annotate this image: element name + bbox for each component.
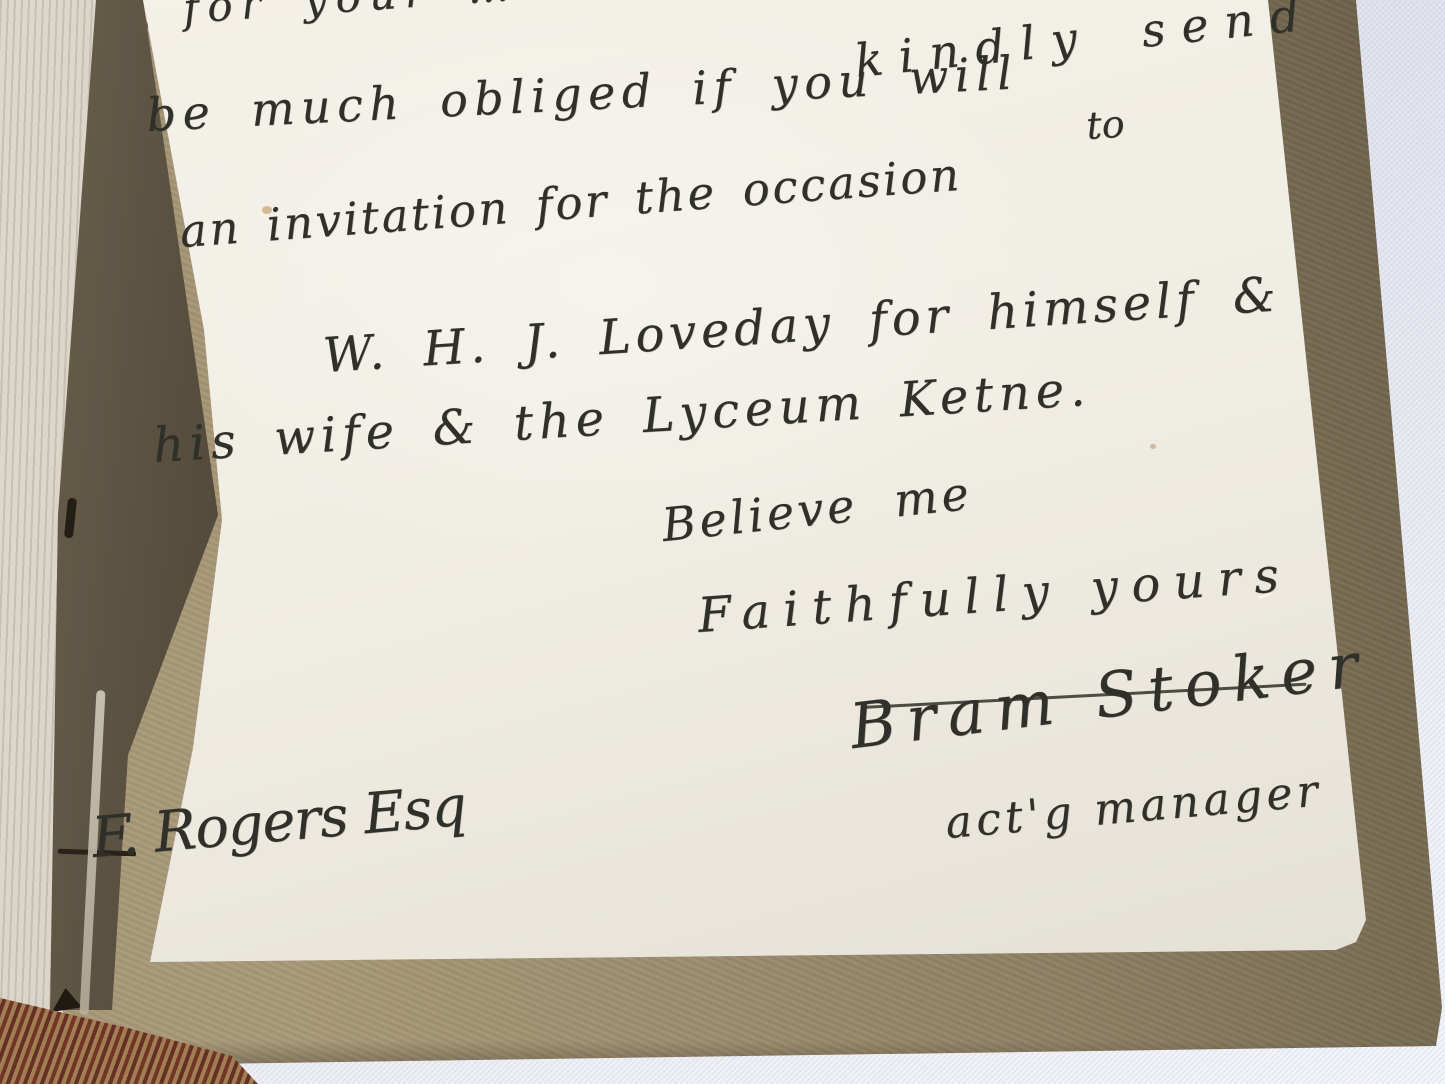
handwriting-word-to: to bbox=[1085, 101, 1126, 149]
paper-stain bbox=[1150, 444, 1156, 449]
photo-of-album-letter: for your … kindly send be much obliged i… bbox=[0, 0, 1445, 1084]
